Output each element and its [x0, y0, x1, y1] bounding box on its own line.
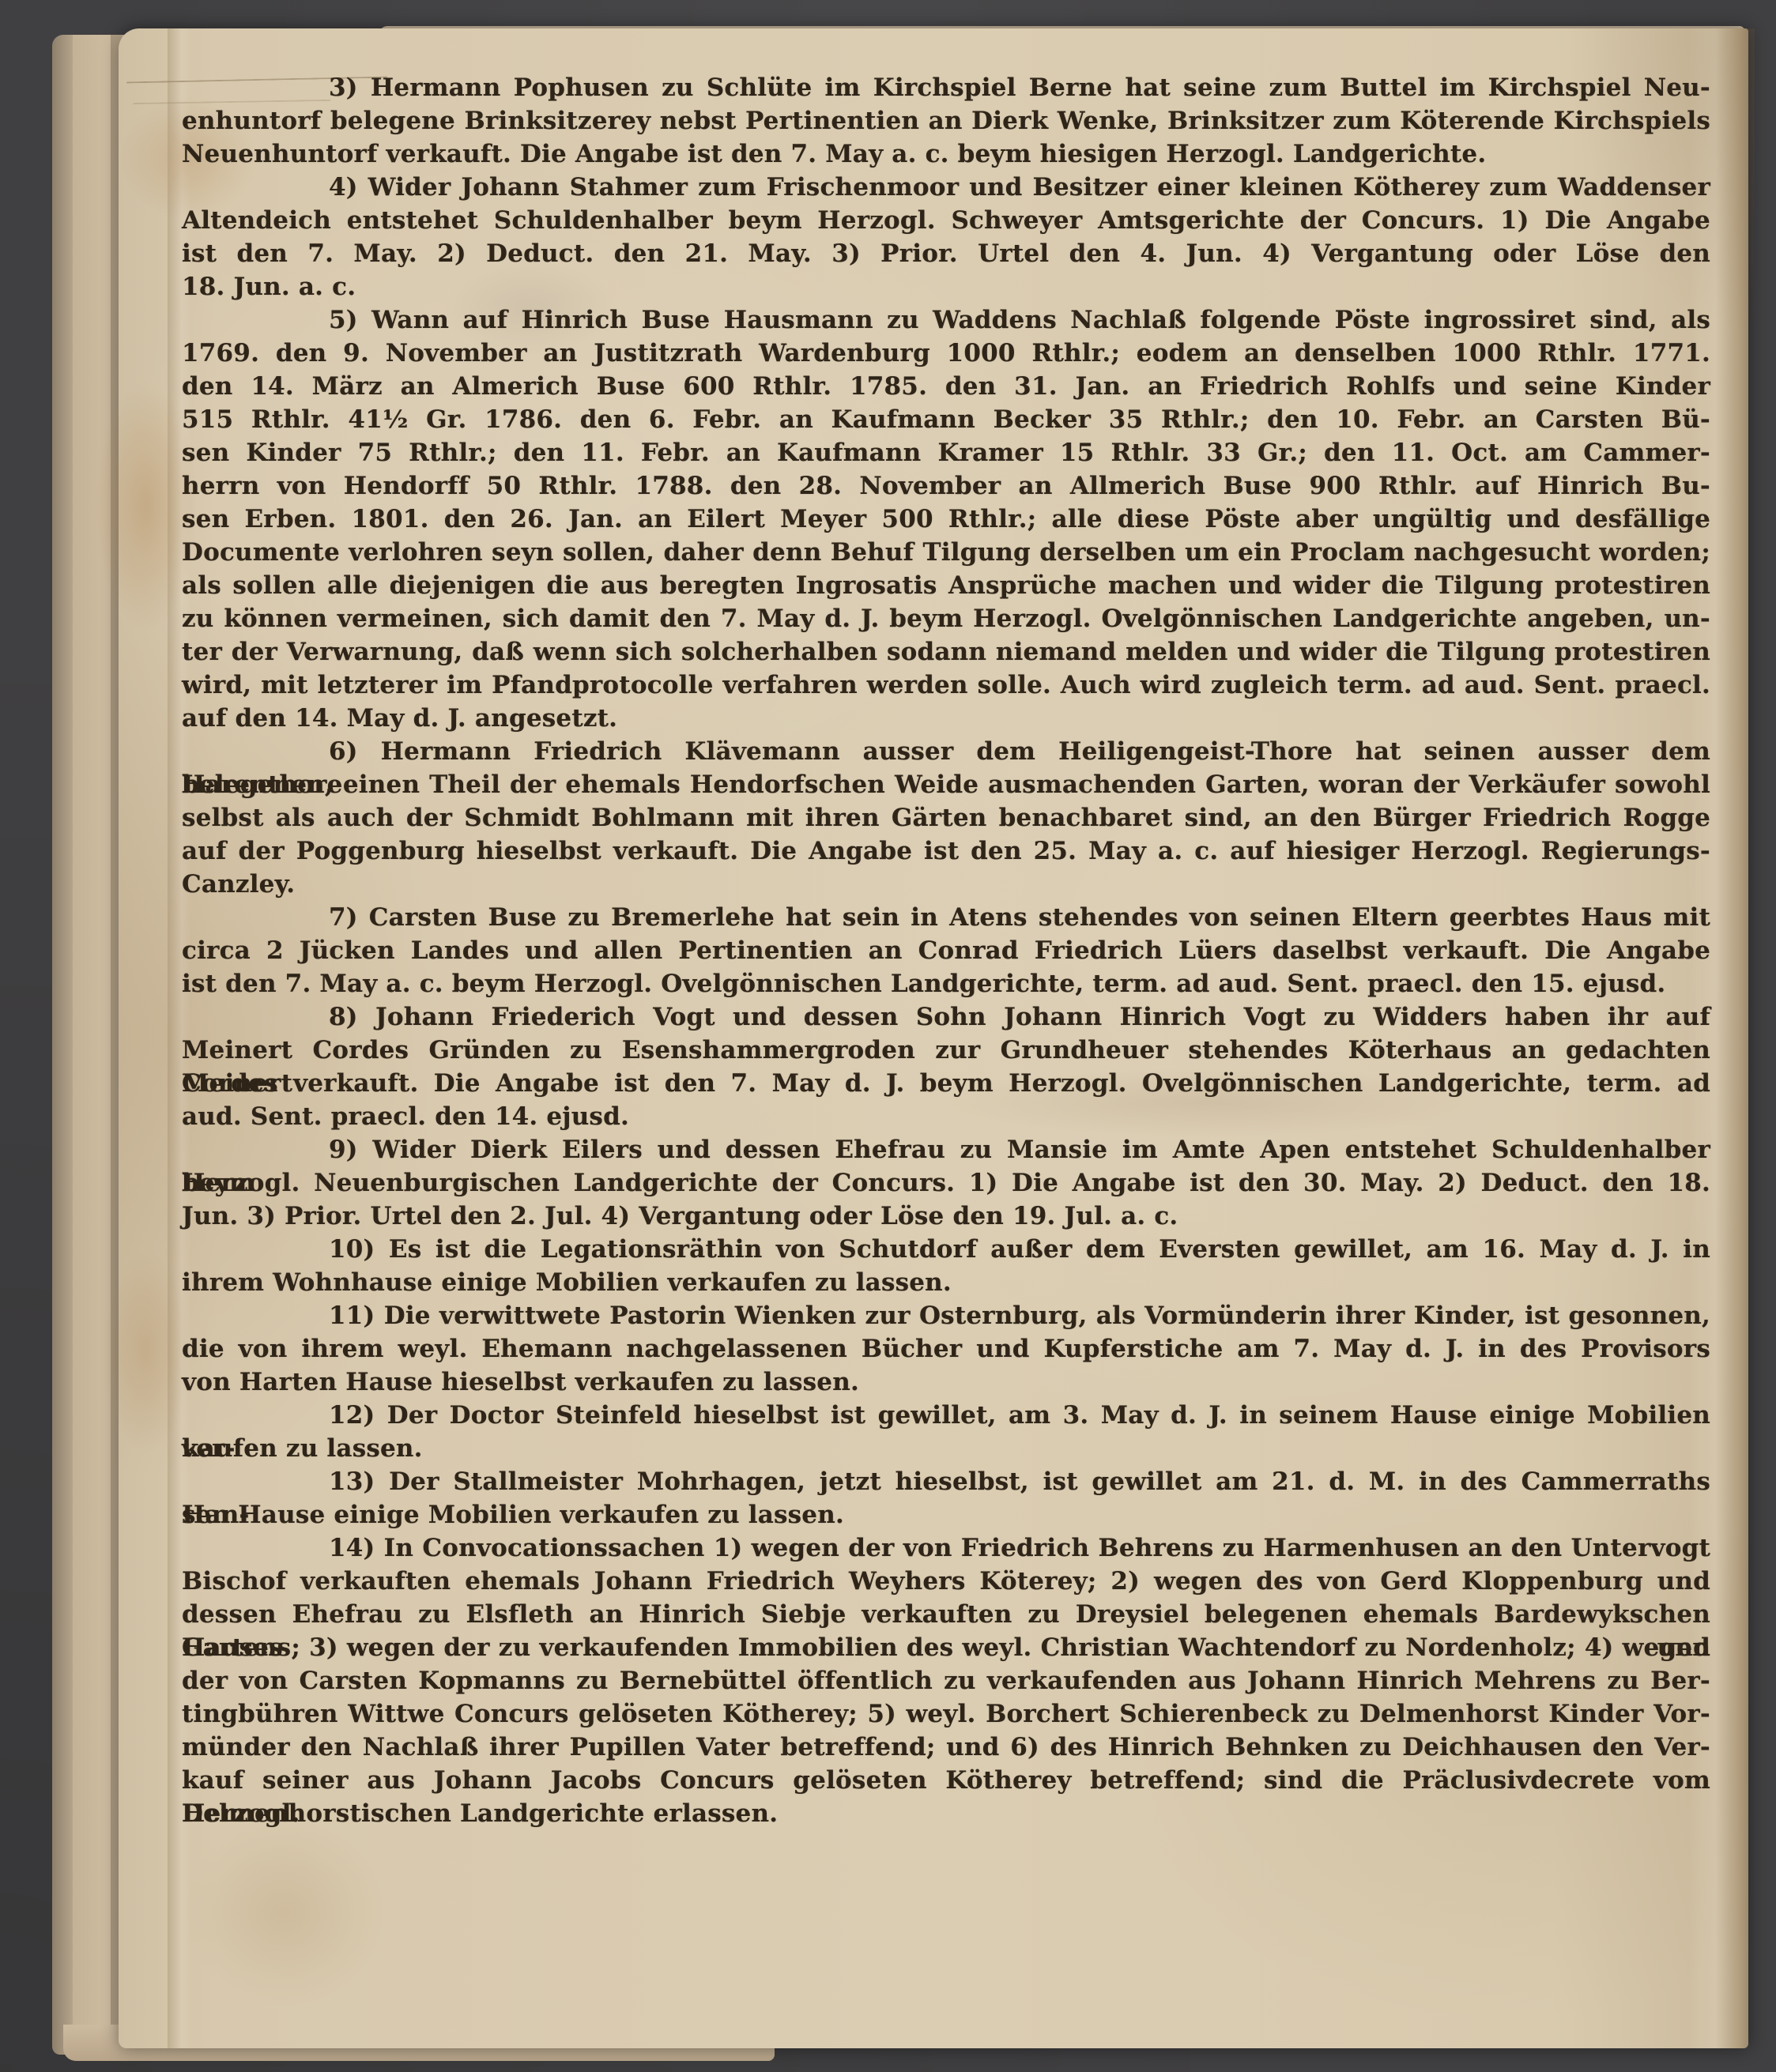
text-line: Altendeich entstehet Schuldenhalber beym… — [182, 204, 1710, 237]
text-line: Canzley. — [182, 868, 1710, 901]
text-line: herrn von Hendorff 50 Rthlr. 1788. den 2… — [182, 469, 1710, 503]
text-line: 5) Wann auf Hinrich Buse Hausmann zu Wad… — [182, 303, 1710, 337]
text-line: zu können vermeinen, sich damit den 7. M… — [182, 602, 1710, 635]
text-line: Meinert Cordes Gründen zu Esenshammergro… — [182, 1034, 1710, 1067]
text-line: Delmenhorstischen Landgerichte erlassen. — [182, 1797, 1710, 1830]
text-line: Cordes verkauft. Die Angabe ist den 7. M… — [182, 1067, 1710, 1100]
text-line: Gartens; 3) wegen der zu verkaufenden Im… — [182, 1631, 1710, 1664]
text-line: 13) Der Stallmeister Mohrhagen, jetzt hi… — [182, 1465, 1710, 1498]
text-line: circa 2 Jücken Landes und allen Pertinen… — [182, 934, 1710, 967]
text-line: Herzogl. Neuenburgischen Landgerichte de… — [182, 1166, 1710, 1200]
text-line: auf den 14. May d. J. angesetzt. — [182, 702, 1710, 735]
text-line: kauf seiner aus Johann Jacobs Concurs ge… — [182, 1764, 1710, 1797]
text-line: belegenen, einen Theil der ehemals Hendo… — [182, 768, 1710, 801]
text-line: selbst als auch der Schmidt Bohlmann mit… — [182, 801, 1710, 834]
page-text: 3) Hermann Pophusen zu Schlüte im Kirchs… — [182, 71, 1710, 1830]
text-line: enhuntorf belegene Brinksitzerey nebst P… — [182, 104, 1710, 138]
text-line: ist den 7. May. 2) Deduct. den 21. May. … — [182, 237, 1710, 270]
text-line: 8) Johann Friederich Vogt und dessen Soh… — [182, 1000, 1710, 1034]
text-line: 14) In Convocationssachen 1) wegen der v… — [182, 1531, 1710, 1565]
text-line: wird, mit letzterer im Pfandprotocolle v… — [182, 669, 1710, 702]
text-line: ihrem Wohnhause einige Mobilien verkaufe… — [182, 1266, 1710, 1299]
text-line: als sollen alle diejenigen die aus bereg… — [182, 569, 1710, 602]
text-line: 515 Rthlr. 41½ Gr. 1786. den 6. Febr. an… — [182, 403, 1710, 436]
paper-stain — [182, 1818, 387, 2007]
text-line: 1769. den 9. November an Justitzrath War… — [182, 337, 1710, 370]
text-line: sen Hause einige Mobilien verkaufen zu l… — [182, 1498, 1710, 1531]
text-line: 4) Wider Johann Stahmer zum Frischenmoor… — [182, 171, 1710, 204]
text-line: ter der Verwarnung, daß wenn sich solche… — [182, 635, 1710, 669]
text-line: Documente verlohren seyn sollen, daher d… — [182, 536, 1710, 569]
text-line: 9) Wider Dierk Eilers und dessen Ehefrau… — [182, 1133, 1710, 1166]
page-edge-stack — [52, 35, 73, 2055]
text-line: sen Kinder 75 Rthlr.; den 11. Febr. an K… — [182, 436, 1710, 469]
text-line: Bischof verkauften ehemals Johann Friedr… — [182, 1565, 1710, 1598]
text-line: 12) Der Doctor Steinfeld hieselbst ist g… — [182, 1399, 1710, 1432]
text-line: 18. Jun. a. c. — [182, 270, 1710, 303]
text-line: sen Erben. 1801. den 26. Jan. an Eilert … — [182, 503, 1710, 536]
text-line: 7) Carsten Buse zu Bremerlehe hat sein i… — [182, 901, 1710, 934]
text-line: den 14. März an Almerich Buse 600 Rthlr.… — [182, 370, 1710, 403]
text-line: kaufen zu lassen. — [182, 1432, 1710, 1465]
text-line: dessen Ehefrau zu Elsfleth an Hinrich Si… — [182, 1598, 1710, 1631]
text-line: von Harten Hause hieselbst verkaufen zu … — [182, 1366, 1710, 1399]
text-line: tingbühren Wittwe Concurs gelöseten Köth… — [182, 1697, 1710, 1731]
text-line: 10) Es ist die Legationsräthin von Schut… — [182, 1233, 1710, 1266]
text-line: münder den Nachlaß ihrer Pupillen Vater … — [182, 1731, 1710, 1764]
text-line: 11) Die verwittwete Pastorin Wienken zur… — [182, 1299, 1710, 1332]
text-line: 6) Hermann Friedrich Klävemann ausser de… — [182, 735, 1710, 768]
paper-stain — [103, 1249, 190, 1454]
text-line: Neuenhuntorf verkauft. Die Angabe ist de… — [182, 138, 1710, 171]
text-line: Jun. 3) Prior. Urtel den 2. Jul. 4) Verg… — [182, 1200, 1710, 1233]
text-line: aud. Sent. praecl. den 14. ejusd. — [182, 1100, 1710, 1133]
text-line: der von Carsten Kopmanns zu Bernebüttel … — [182, 1664, 1710, 1697]
page-edge-stack — [73, 35, 111, 2055]
text-line: ist den 7. May a. c. beym Herzogl. Ovelg… — [182, 967, 1710, 1000]
text-line: auf der Poggenburg hieselbst verkauft. D… — [182, 834, 1710, 868]
text-line: die von ihrem weyl. Ehemann nachgelassen… — [182, 1332, 1710, 1366]
text-line: 3) Hermann Pophusen zu Schlüte im Kirchs… — [182, 71, 1710, 104]
